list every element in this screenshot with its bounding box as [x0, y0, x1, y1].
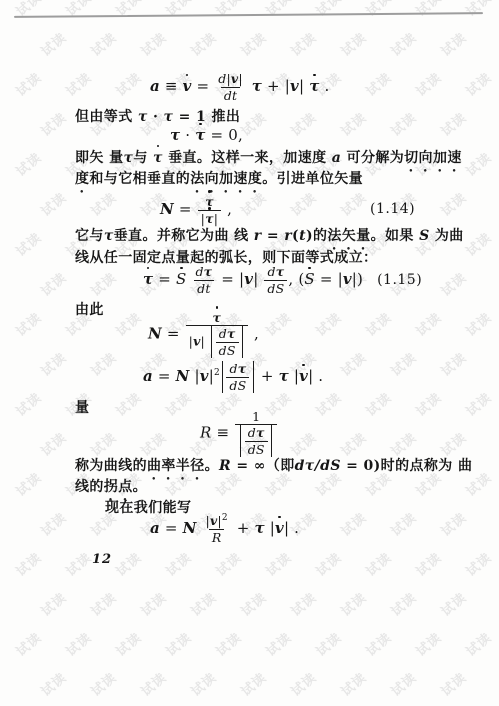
watermark-text: 试读 [36, 347, 70, 380]
watermark-text: 试读 [136, 427, 170, 460]
watermark-text: 试读 [336, 667, 370, 700]
watermark-text: 试读 [336, 347, 370, 380]
watermark-text: 试读 [36, 27, 70, 60]
watermark-text: 试读 [361, 307, 395, 340]
watermark-text: 试读 [36, 427, 70, 460]
watermark-text: 试读 [86, 27, 120, 60]
watermark-text: 试读 [236, 27, 270, 60]
watermark-text: 试读 [186, 27, 220, 60]
watermark-text: 试读 [36, 187, 70, 220]
watermark-text: 试读 [411, 627, 445, 660]
watermark-text: 试读 [311, 627, 345, 660]
watermark-text: 试读 [436, 587, 470, 620]
watermark-text: 试读 [86, 427, 120, 460]
watermark-text: 试读 [411, 67, 445, 100]
watermark-text: 试读 [461, 627, 495, 660]
watermark-text: 试读 [361, 0, 395, 20]
watermark-text: 试读 [136, 27, 170, 60]
watermark-text: 试读 [86, 267, 120, 300]
watermark-text: 试读 [186, 667, 220, 700]
watermark-text: 试读 [211, 0, 245, 20]
watermark-text: 试读 [286, 667, 320, 700]
watermark-text: 试读 [286, 107, 320, 140]
watermark-text: 试读 [436, 107, 470, 140]
watermark-text: 试读 [336, 27, 370, 60]
equation-acceleration-full: a = N |v|2dτdS + τ |v| . [143, 359, 323, 395]
watermark-text: 试读 [11, 147, 45, 180]
watermark-text: 试读 [61, 67, 95, 100]
watermark-text: 试读 [436, 187, 470, 220]
equation-acceleration-final: a = N |v|2R + τ |v| . [150, 511, 299, 547]
watermark-text: 试读 [336, 107, 370, 140]
watermark-text: 试读 [11, 547, 45, 580]
page-number: 12 [92, 552, 112, 567]
watermark-text: 试读 [411, 387, 445, 420]
scanned-textbook-page: 试读试读试读试读试读试读试读试读试读试读试读试读试读试读试读试读试读试读试读试读… [0, 0, 499, 706]
watermark-text: 试读 [36, 667, 70, 700]
watermark-text: 试读 [61, 627, 95, 660]
watermark-text: 试读 [361, 627, 395, 660]
watermark-text: 试读 [161, 547, 195, 580]
watermark-text: 试读 [386, 27, 420, 60]
watermark-text: 试读 [461, 227, 495, 260]
equation-velocity-derivative: a ≡ v = d|v|dt τ + |v| τ . [150, 71, 329, 103]
watermark-text: 试读 [36, 267, 70, 300]
watermark-text: 试读 [361, 67, 395, 100]
watermark-text: 试读 [186, 587, 220, 620]
watermark-text: 试读 [111, 0, 145, 20]
watermark-text: 试读 [436, 347, 470, 380]
watermark-text: 试读 [86, 587, 120, 620]
watermark-text: 试读 [386, 587, 420, 620]
equation-1-14: N = τ|τ| , [160, 192, 232, 228]
watermark-text: 试读 [436, 667, 470, 700]
watermark-text: 试读 [286, 27, 320, 60]
watermark-text: 试读 [11, 67, 45, 100]
watermark-text: 试读 [286, 587, 320, 620]
watermark-text: 试读 [111, 307, 145, 340]
watermark-text: 试读 [436, 267, 470, 300]
watermark-text: 试读 [461, 147, 495, 180]
watermark-text: 试读 [286, 427, 320, 460]
watermark-text: 试读 [261, 307, 295, 340]
watermark-text: 试读 [161, 0, 195, 20]
watermark-text: 试读 [11, 627, 45, 660]
watermark-text: 试读 [236, 667, 270, 700]
watermark-text: 试读 [86, 667, 120, 700]
watermark-text: 试读 [386, 107, 420, 140]
watermark-text: 试读 [36, 587, 70, 620]
watermark-text: 试读 [36, 507, 70, 540]
watermark-text: 试读 [386, 347, 420, 380]
watermark-text: 试读 [111, 547, 145, 580]
watermark-text: 试读 [11, 227, 45, 260]
watermark-text: 试读 [336, 427, 370, 460]
equation-number-1-14: (1.14) [370, 201, 415, 217]
scan-edge-line [14, 12, 483, 17]
watermark-text: 试读 [311, 307, 345, 340]
equation-1-15: τ = S dτdt = |v| dτdS, (S = |v|) (1.15) [143, 266, 422, 294]
watermark-text: 试读 [461, 387, 495, 420]
watermark-text: 试读 [261, 627, 295, 660]
watermark-text: 试读 [311, 0, 345, 20]
watermark-text: 试读 [211, 547, 245, 580]
watermark-text: 试读 [261, 547, 295, 580]
watermark-text: 试读 [311, 547, 345, 580]
equation-curvature-radius: R ≡ 1dτdS [200, 411, 278, 455]
watermark-text: 试读 [461, 67, 495, 100]
watermark-text: 试读 [161, 627, 195, 660]
paragraph-premise: 但由等式 τ · τ = 1 推出 [75, 107, 240, 127]
watermark-text: 试读 [386, 427, 420, 460]
equation-tau-dot-product: τ · τ = 0, [170, 125, 243, 145]
watermark-text: 试读 [11, 467, 45, 500]
watermark-text: 试读 [211, 627, 245, 660]
watermark-text: 试读 [86, 347, 120, 380]
watermark-text: 试读 [111, 627, 145, 660]
watermark-text: 试读 [11, 307, 45, 340]
watermark-text: 试读 [461, 307, 495, 340]
equation-normal-vector-full: N = τ|v| dτdS , [148, 311, 259, 357]
watermark-text: 试读 [386, 667, 420, 700]
watermark-text: 试读 [136, 587, 170, 620]
watermark-text: 试读 [261, 0, 295, 20]
label-hence: 由此 [75, 300, 104, 320]
watermark-text: 试读 [436, 27, 470, 60]
watermark-text: 试读 [236, 587, 270, 620]
watermark-text: 试读 [361, 387, 395, 420]
watermark-text: 试读 [411, 307, 445, 340]
watermark-text: 试读 [436, 427, 470, 460]
watermark-text: 试读 [36, 107, 70, 140]
watermark-text: 试读 [336, 587, 370, 620]
label-quantity: 量 [75, 398, 89, 418]
watermark-text: 试读 [436, 507, 470, 540]
watermark-text: 试读 [461, 0, 495, 20]
watermark-text: 试读 [11, 387, 45, 420]
watermark-text: 试读 [411, 547, 445, 580]
watermark-text: 试读 [111, 67, 145, 100]
watermark-text: 试读 [61, 547, 95, 580]
equation-number-1-15: (1.15) [377, 272, 422, 288]
watermark-text: 试读 [411, 0, 445, 20]
watermark-text: 试读 [111, 387, 145, 420]
watermark-text: 试读 [461, 547, 495, 580]
watermark-text: 试读 [136, 667, 170, 700]
watermark-text: 试读 [336, 507, 370, 540]
watermark-text: 试读 [361, 547, 395, 580]
watermark-text: 试读 [386, 507, 420, 540]
